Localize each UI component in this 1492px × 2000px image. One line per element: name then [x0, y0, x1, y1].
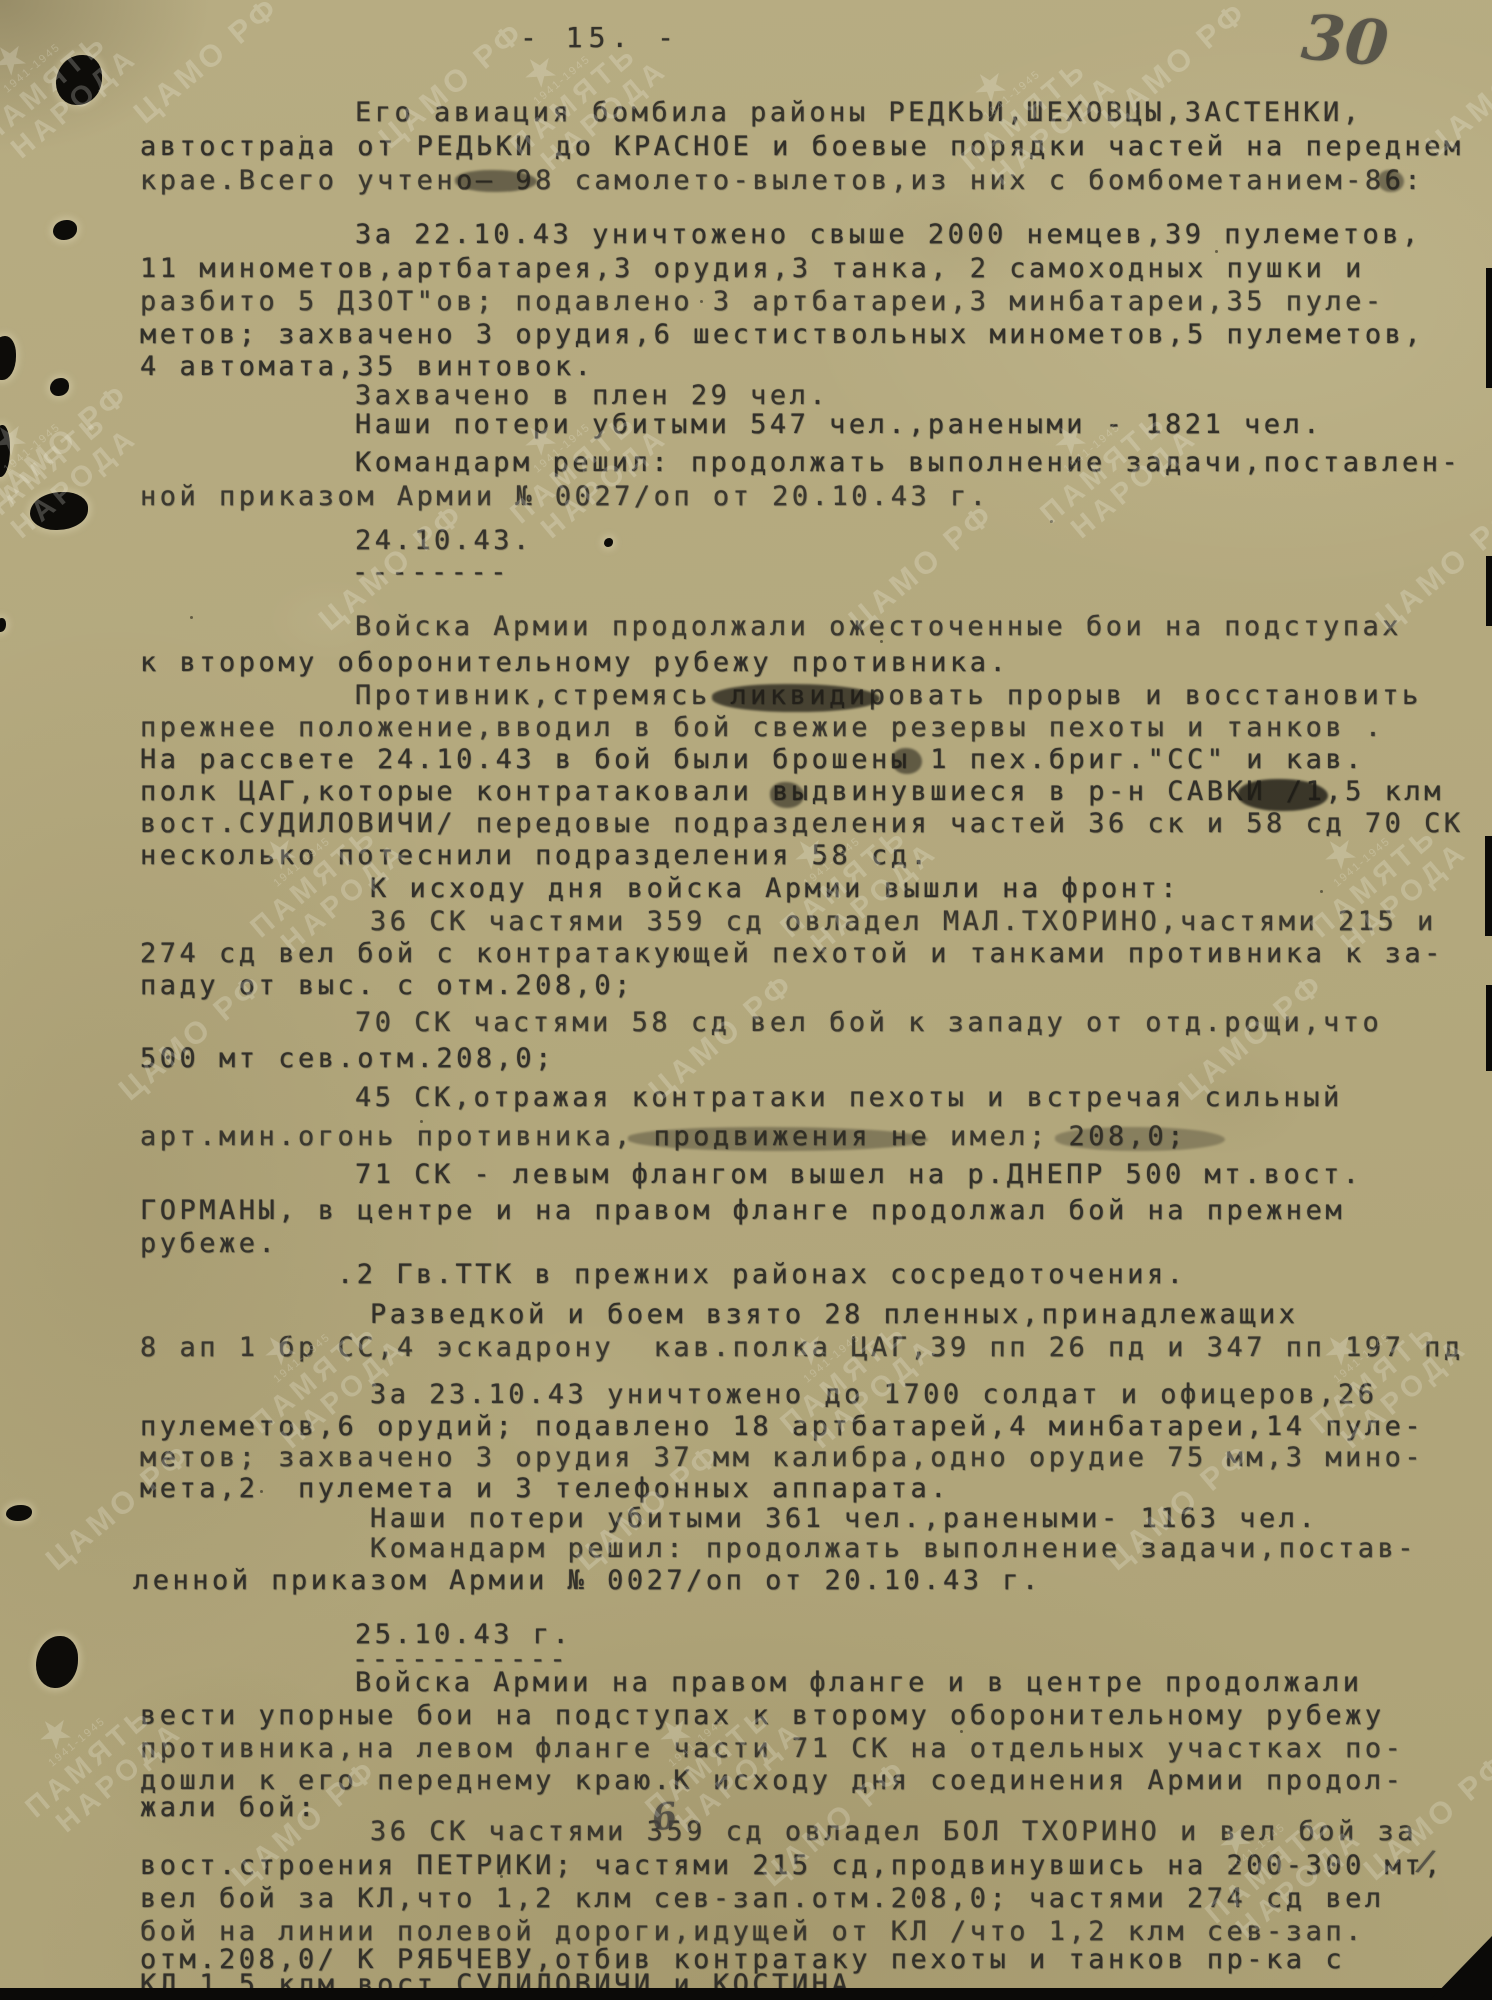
- text-line: Командарм решил: продолжать выполнение з…: [370, 1534, 1417, 1564]
- text-line: бой на линии полевой дороги,идущей от КЛ…: [140, 1917, 1365, 1947]
- text-line: .2 Гв.ТТК в прежних районах сосредоточен…: [337, 1260, 1186, 1290]
- paper-hole: [6, 1505, 32, 1521]
- handwritten-archive-number: 30: [1299, 0, 1391, 80]
- text-line: 36 СК частями 359 сд овладел МАЛ.ТХОРИНО…: [370, 907, 1437, 937]
- star-icon: ★: [1047, 331, 1195, 462]
- pencil-mark: 6: [649, 1794, 680, 1839]
- scanned-document-page: - 15. - 30 Его авиация бомбила районы РЕ…: [0, 0, 1492, 2000]
- text-line: За 22.10.43 уничтожено свыше 2000 немцев…: [355, 220, 1422, 250]
- watermark-years: 1941-1945: [1331, 1264, 1472, 1385]
- ink-blot: [1055, 1127, 1225, 1151]
- text-line: Наши потери убитыми 361 чел.,ранеными- 1…: [370, 1504, 1318, 1534]
- paper-hole: [53, 220, 77, 240]
- paper-fleck: [880, 640, 883, 643]
- text-line: За 23.10.43 уничтожено до 1700 солдат и …: [370, 1380, 1378, 1410]
- text-line: На рассвете 24.10.43 в бой были брошены …: [140, 745, 1365, 775]
- watermark-years: 1941-1945: [1, 354, 142, 475]
- text-line: Войска Армии на правом фланге и в центре…: [355, 1668, 1363, 1698]
- text-line: метов; захвачено 3 орудия,6 шестиствольн…: [140, 320, 1424, 350]
- scan-corner: [1430, 1936, 1492, 2000]
- text-line: 274 сд вел бой с контратакующей пехотой …: [140, 939, 1444, 969]
- star-icon: ★: [967, 0, 1115, 109]
- text-line: Разведкой и боем взято 28 пленных,принад…: [370, 1300, 1299, 1330]
- text-line: паду от выс. с отм.208,0;: [140, 971, 634, 1001]
- page-number: - 15. -: [520, 22, 680, 54]
- ink-blot: [712, 684, 880, 712]
- text-line: --------: [352, 558, 510, 588]
- text-line: прежнее положение,вводил в бой свежие ре…: [140, 713, 1385, 743]
- paper-fleck: [300, 135, 303, 138]
- paper-fleck: [960, 1730, 963, 1733]
- text-line: К исходу дня войска Армии вышли на фронт…: [370, 874, 1180, 904]
- text-line: Захвачено в плен 29 чел.: [355, 381, 829, 411]
- text-line: 36 СК частями 359 сд овладел БОЛ ТХОРИНО…: [370, 1817, 1417, 1847]
- ink-blot: [1238, 779, 1328, 811]
- text-line: Командарм решил: продолжать выполнение з…: [355, 448, 1461, 478]
- text-line: 71 СК - левым флангом вышел на р.ДНЕПР 5…: [355, 1160, 1363, 1190]
- text-line: ленной приказом Армии № 0027/оп от 20.10…: [133, 1566, 1042, 1596]
- ink-blot: [892, 748, 922, 774]
- scan-edge: [1485, 836, 1492, 936]
- text-line: рубеже.: [140, 1229, 278, 1259]
- text-line: Его авиация бомбила районы РЕДКЬИ,ШЕХОВЦ…: [355, 98, 1363, 128]
- ink-blot: [455, 170, 537, 192]
- paper-hole: [0, 618, 6, 632]
- text-line: Войска Армии продолжали ожесточенные бои…: [355, 612, 1402, 642]
- text-line: пулеметов,6 орудий; подавлено 18 артбата…: [140, 1412, 1424, 1442]
- paper-hole: [604, 538, 613, 547]
- paper-fleck: [1320, 890, 1323, 893]
- paper-hole: [30, 492, 88, 530]
- paper-fleck: [1120, 1415, 1123, 1418]
- text-line: 70 СК частями 58 сд вел бой к западу от …: [355, 1008, 1382, 1038]
- text-line: Противник,стремясь ликвидировать прорыв …: [355, 681, 1422, 711]
- text-line: противника,на левом фланге части 71 СК н…: [140, 1734, 1404, 1764]
- text-line: вести упорные бои на подступах к второму…: [140, 1701, 1385, 1731]
- text-line: 45 СК,отражая контратаки пехоты и встреч…: [355, 1083, 1343, 1113]
- text-line: 24.10.43.: [355, 526, 533, 556]
- watermark-memory: ★1941-1945ПАМЯТЬНАРОДА: [1007, 331, 1244, 554]
- ink-blot: [1378, 170, 1404, 192]
- text-line: метов; захвачено 3 орудия 37 мм калибра,…: [140, 1443, 1424, 1473]
- text-line: жали бой:: [140, 1793, 318, 1823]
- paper-hole: [36, 1636, 78, 1688]
- ink-blot: [770, 782, 804, 808]
- text-line: ГОРМАНЫ, в центре и на правом фланге про…: [140, 1196, 1345, 1226]
- text-line: вел бой за КЛ,что 1,2 клм сев-зап.отм.20…: [140, 1884, 1385, 1914]
- paper-fleck: [190, 616, 193, 619]
- text-line: крае.Всего учтено— 98 самолето-вылетов,и…: [140, 166, 1424, 196]
- star-icon: ★: [0, 331, 135, 462]
- scan-edge: [1486, 268, 1492, 388]
- paper-fleck: [420, 1120, 423, 1123]
- watermark-camo: ЦАМО РФ: [127, 0, 287, 131]
- text-line: 11 минометов,артбатарея,3 орудия,3 танка…: [140, 254, 1365, 284]
- paper-fleck: [260, 1490, 263, 1493]
- text-line: ной приказом Армии № 0027/оп от 20.10.43…: [140, 482, 989, 512]
- text-line: вост.строения ПЕТРИКИ; частями 215 сд,пр…: [140, 1851, 1444, 1881]
- text-line: 8 ап 1 бр СС,4 эскадрону кав.полка ЦАГ,3…: [140, 1333, 1464, 1363]
- text-line: разбито 5 ДЗОТ"ов; подавлено 3 артбатаре…: [140, 287, 1385, 317]
- text-line: к второму оборонительному рубежу противн…: [140, 648, 1009, 678]
- text-line: несколько потеснили подразделения 58 сд.: [140, 841, 930, 871]
- text-line: автострада от РЕДЬКИ до КРАСНОЕ и боевые…: [140, 132, 1464, 162]
- ink-blot: [628, 1127, 928, 1151]
- text-line: вост.СУДИЛОВИЧИ/ передовые подразделения…: [140, 809, 1464, 839]
- paper-hole: [56, 55, 102, 105]
- paper-hole: [50, 378, 69, 396]
- paper-hole: [0, 336, 16, 380]
- paper-fleck: [700, 300, 703, 303]
- scan-edge: [1486, 985, 1492, 1071]
- scan-edge: [0, 1988, 1492, 2000]
- text-line: 500 мт сев.отм.208,0;: [140, 1044, 555, 1074]
- paper-hole: [0, 425, 10, 477]
- paper-fleck: [1215, 250, 1218, 253]
- text-line: дошли к его переднему краю.К исходу дня …: [140, 1766, 1404, 1796]
- text-line: мета,2 пулемета и 3 телефонных аппарата.: [140, 1474, 950, 1504]
- scan-edge: [1486, 556, 1492, 626]
- text-line: 4 автомата,35 винтовок.: [140, 352, 594, 382]
- paper-fleck: [500, 1875, 503, 1878]
- text-line: Наши потери убитыми 547 чел.,ранеными - …: [355, 410, 1323, 440]
- paper-fleck: [1050, 520, 1053, 523]
